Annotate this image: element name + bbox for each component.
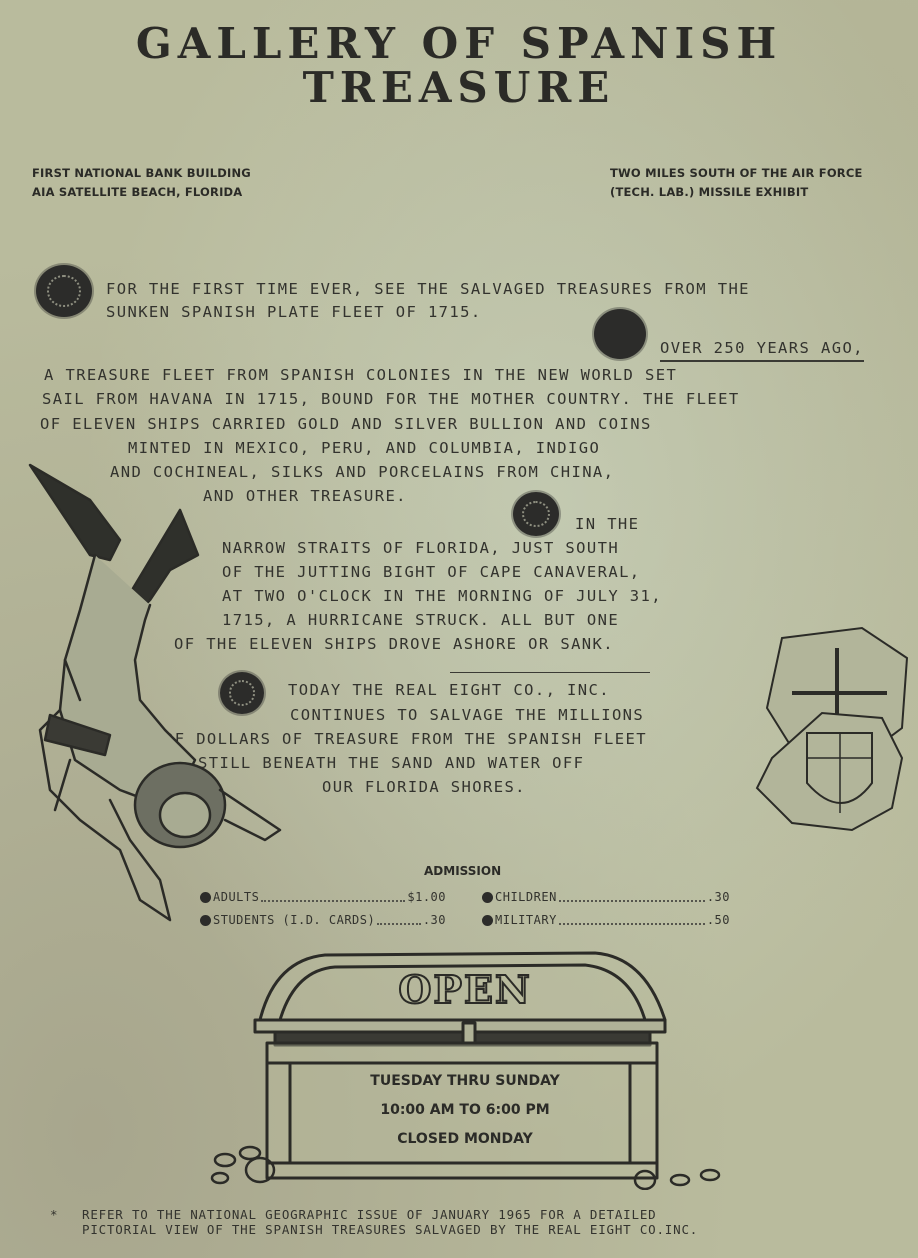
hours-time: 10:00 AM TO 6:00 PM (205, 1102, 725, 1118)
address-left: FIRST NATIONAL BANK BUILDING AIA SATELLI… (32, 164, 251, 202)
spanish-coins-illustration (752, 618, 914, 838)
address-right: TWO MILES SOUTH OF THE AIR FORCE (TECH. … (610, 164, 863, 202)
coin-icon (594, 309, 646, 359)
address-right-line-1: TWO MILES SOUTH OF THE AIR FORCE (610, 164, 863, 183)
admission-price: .30 (707, 890, 730, 904)
footnote-line-1: REFER TO THE NATIONAL GEOGRAPHIC ISSUE O… (82, 1208, 656, 1222)
history-line-1: OVER 250 YEARS AGO, (660, 338, 864, 362)
hurricane-line-1: IN THE (575, 514, 639, 534)
coin-icon (513, 492, 559, 536)
history-line-3: SAIL FROM HAVANA IN 1715, BOUND FOR THE … (42, 389, 740, 409)
footnote-marker: * (50, 1208, 58, 1222)
admission-label: MILITARY (495, 913, 557, 927)
admission-price: .30 (423, 913, 446, 927)
admission-row-adults: ADULTS $1.00 (200, 890, 446, 904)
hours-days: TUESDAY THRU SUNDAY (205, 1073, 725, 1089)
title-line-1: GALLERY OF SPANISH (0, 22, 918, 66)
today-line-5: OUR FLORIDA SHORES. (322, 777, 526, 797)
bullet-icon (482, 892, 493, 903)
admission-label: STUDENTS (I.D. CARDS) (213, 913, 375, 927)
today-line-1: TODAY THE REAL EIGHT CO., INC. (288, 680, 610, 700)
intro-line-1: FOR THE FIRST TIME EVER, SEE THE SALVAGE… (106, 279, 750, 299)
admission-row-children: CHILDREN .30 (482, 890, 730, 904)
leader-dots (559, 892, 705, 902)
leader-dots (377, 915, 421, 925)
history-line-5: MINTED IN MEXICO, PERU, AND COLUMBIA, IN… (128, 438, 600, 458)
divider (450, 672, 650, 673)
address-left-line-2: AIA SATELLITE BEACH, FLORIDA (32, 183, 251, 202)
open-sign: OPEN (205, 967, 725, 1012)
history-line-4: OF ELEVEN SHIPS CARRIED GOLD AND SILVER … (40, 414, 652, 434)
hours-closed: CLOSED MONDAY (205, 1131, 725, 1147)
leader-dots (261, 892, 405, 902)
bullet-icon (200, 892, 211, 903)
treasure-chest: OPEN TUESDAY THRU SUNDAY 10:00 AM TO 6:0… (205, 945, 725, 1190)
address-left-line-1: FIRST NATIONAL BANK BUILDING (32, 164, 251, 183)
footnote-line-2: PICTORIAL VIEW OF THE SPANISH TREASURES … (82, 1223, 698, 1237)
admission-row-students: STUDENTS (I.D. CARDS) .30 (200, 913, 446, 927)
bullet-icon (482, 915, 493, 926)
admission-title: ADMISSION (424, 864, 501, 878)
admission-price: .50 (707, 913, 730, 927)
admission-label: ADULTS (213, 890, 259, 904)
admission-row-military: MILITARY .50 (482, 913, 730, 927)
leader-dots (559, 915, 705, 925)
scuba-diver-illustration (20, 460, 300, 940)
address-right-line-2: (TECH. LAB.) MISSILE EXHIBIT (610, 183, 863, 202)
history-line-2: A TREASURE FLEET FROM SPANISH COLONIES I… (44, 365, 677, 385)
bullet-icon (200, 915, 211, 926)
title-line-2: TREASURE (0, 66, 918, 110)
intro-line-2: SUNKEN SPANISH PLATE FLEET OF 1715. (106, 302, 482, 322)
admission-label: CHILDREN (495, 890, 557, 904)
coin-icon (36, 265, 92, 317)
today-line-2: CONTINUES TO SALVAGE THE MILLIONS (290, 705, 644, 725)
admission-price: $1.00 (407, 890, 446, 904)
